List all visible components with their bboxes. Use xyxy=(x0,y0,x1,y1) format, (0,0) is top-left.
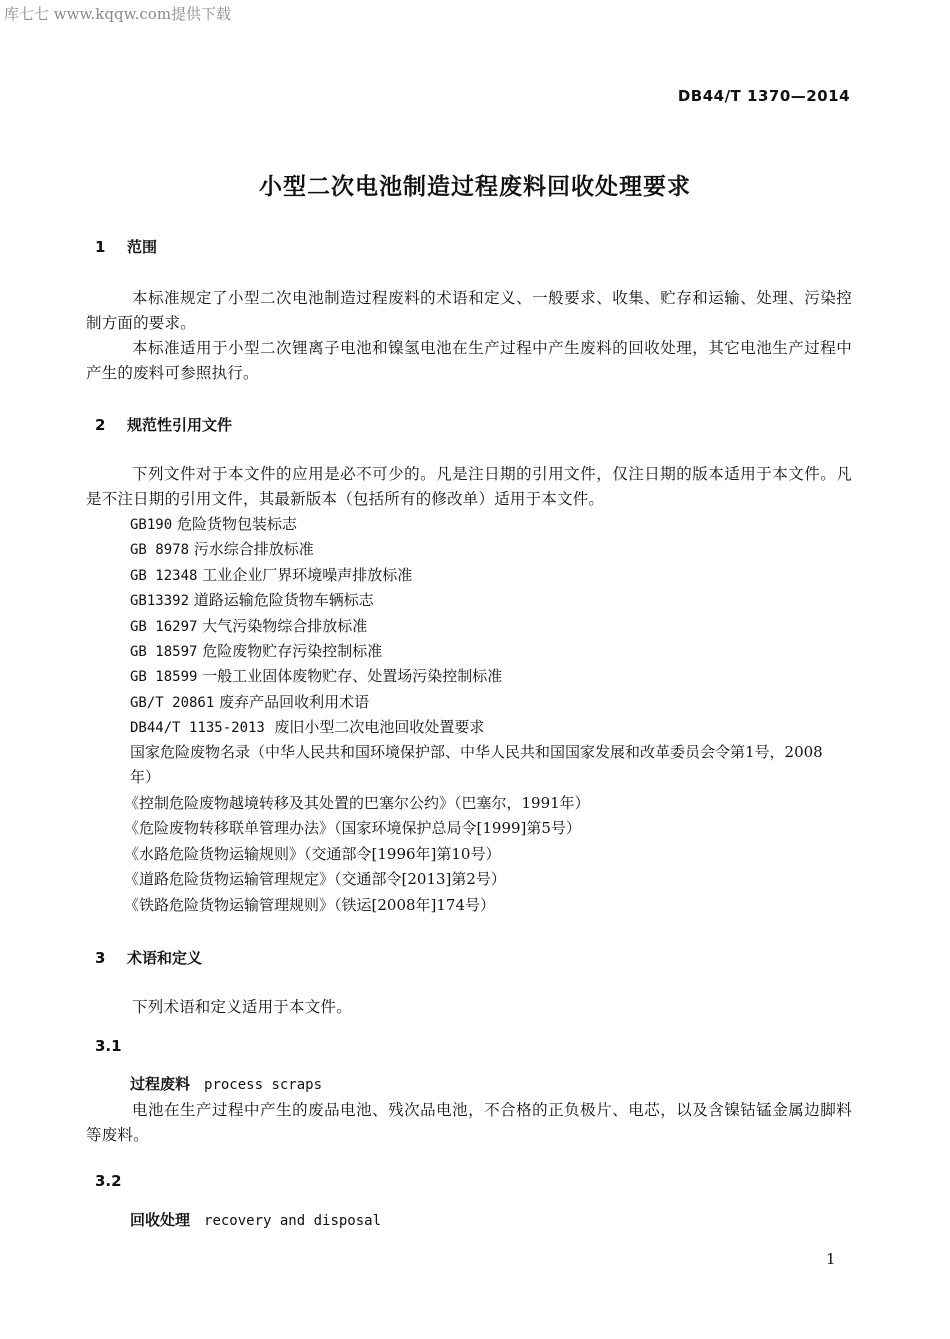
term-english: recovery and disposal xyxy=(204,1213,381,1229)
reference-code: GB 16297 xyxy=(130,619,197,635)
reference-title: 废弃产品回收利用术语 xyxy=(219,693,369,711)
reference-title: 一般工业固体废物贮存、处置场污染控制标准 xyxy=(202,667,502,685)
reference-item: GB 12348 工业企业厂界环境噪声排放标准 xyxy=(130,563,412,589)
section-heading-3: 3术语和定义 xyxy=(95,947,202,968)
paragraph: 本标准规定了小型二次电池制造过程废料的术语和定义、一般要求、收集、贮存和运输、处… xyxy=(86,286,852,336)
reference-item: 《铁路危险货物运输管理规则》（铁运[2008年]174号） xyxy=(124,893,495,918)
page-number: 1 xyxy=(826,1250,836,1268)
reference-code: GB 18599 xyxy=(130,669,197,685)
reference-code: GB 8978 xyxy=(130,542,189,558)
reference-title: 废旧小型二次电池回收处置要求 xyxy=(274,718,484,736)
reference-item: GB 18597 危险废物贮存污染控制标准 xyxy=(130,639,382,665)
section-title: 范围 xyxy=(127,238,157,256)
reference-code: GB13392 xyxy=(130,593,189,609)
reference-code: GB 12348 xyxy=(130,568,197,584)
reference-item: 国家危险废物名录（中华人民共和国环境保护部、中华人民共和国国家发展和改革委员会令… xyxy=(130,740,830,790)
reference-title: 污水综合排放标准 xyxy=(194,540,314,558)
reference-title: 危险废物贮存污染控制标准 xyxy=(202,642,382,660)
watermark: 库七七 www.kqqw.com提供下载 xyxy=(4,3,231,24)
reference-code: DB44/T 1135-2013 xyxy=(130,720,265,736)
reference-item: 《道路危险货物运输管理规定》（交通部令[2013]第2号） xyxy=(124,867,506,892)
paragraph: 下列文件对于本文件的应用是必不可少的。凡是注日期的引用文件，仅注日期的版本适用于… xyxy=(86,462,852,512)
reference-item: DB44/T 1135-2013 废旧小型二次电池回收处置要求 xyxy=(130,715,484,741)
section-title: 术语和定义 xyxy=(127,949,202,967)
reference-item: GB 16297 大气污染物综合排放标准 xyxy=(130,614,367,640)
reference-title: 工业企业厂界环境噪声排放标准 xyxy=(202,566,412,584)
section-number: 2 xyxy=(95,416,127,434)
reference-item: GB 18599 一般工业固体废物贮存、处置场污染控制标准 xyxy=(130,664,502,690)
reference-title: 大气污染物综合排放标准 xyxy=(202,617,367,635)
document-code: DB44/T 1370—2014 xyxy=(678,87,850,105)
section-title: 规范性引用文件 xyxy=(127,416,232,434)
reference-code: GB/T 20861 xyxy=(130,695,214,711)
paragraph: 本标准适用于小型二次锂离子电池和镍氢电池在生产过程中产生废料的回收处理，其它电池… xyxy=(86,336,852,386)
reference-item: GB 8978 污水综合排放标准 xyxy=(130,537,314,563)
term-english: process scraps xyxy=(204,1077,322,1093)
reference-item: 《水路危险货物运输规则》（交通部令[1996年]第10号） xyxy=(124,842,500,867)
section-number: 3 xyxy=(95,949,127,967)
reference-title: 道路运输危险货物车辆标志 xyxy=(194,591,374,609)
term-chinese: 回收处理 xyxy=(130,1211,190,1229)
reference-title: 危险货物包装标志 xyxy=(177,515,297,533)
term-definition: 电池在生产过程中产生的废品电池、残次品电池，不合格的正负极片、电芯，以及含镍钴锰… xyxy=(86,1098,852,1148)
reference-item: GB/T 20861 废弃产品回收利用术语 xyxy=(130,690,369,716)
page-title: 小型二次电池制造过程废料回收处理要求 xyxy=(0,168,950,201)
term-heading: 回收处理recovery and disposal xyxy=(130,1209,381,1230)
reference-code: GB 18597 xyxy=(130,644,197,660)
reference-item: GB13392 道路运输危险货物车辆标志 xyxy=(130,588,374,614)
section-heading-1: 1范围 xyxy=(95,236,157,257)
section-heading-2: 2规范性引用文件 xyxy=(95,414,232,435)
paragraph: 下列术语和定义适用于本文件。 xyxy=(86,995,852,1020)
reference-item: 《危险废物转移联单管理办法》（国家环境保护总局令[1999]第5号） xyxy=(124,816,581,841)
reference-item: GB190 危险货物包装标志 xyxy=(130,512,297,538)
term-chinese: 过程废料 xyxy=(130,1075,190,1093)
reference-item: 《控制危险废物越境转移及其处置的巴塞尔公约》（巴塞尔，1991年） xyxy=(124,791,590,816)
term-heading: 过程废料process scraps xyxy=(130,1073,322,1094)
section-number: 1 xyxy=(95,238,127,256)
term-number: 3.1 xyxy=(95,1037,122,1055)
term-number: 3.2 xyxy=(95,1172,122,1190)
reference-code: GB190 xyxy=(130,517,172,533)
